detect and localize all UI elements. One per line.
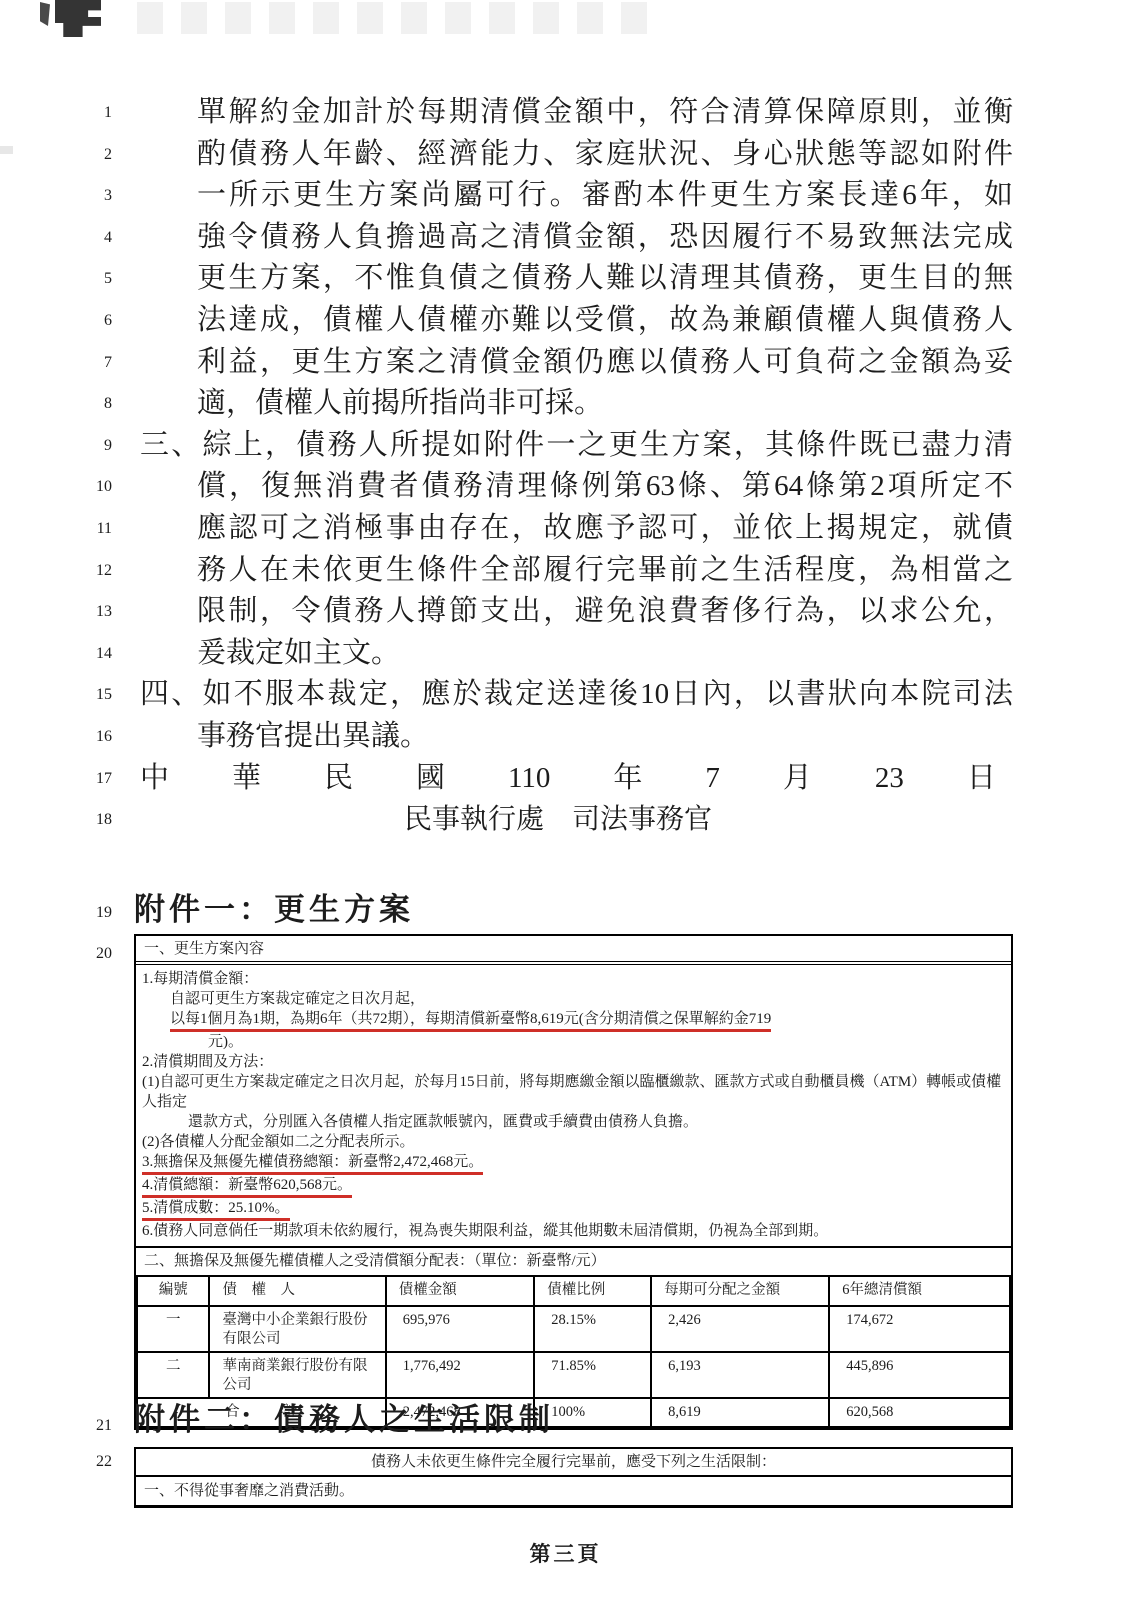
body-line-text: 爰裁定如主文。 [197,633,1131,675]
ruling-body: 1單解約金加計於每期清償金額中，符合清算保障原則，並衡 2酌債務人年齡、經濟能力… [0,92,1131,841]
attachment1-heading: 附件一：更生方案 [134,892,414,928]
plan-section2-title: 二、無擔保及無優先權債權人之受清償額分配表：（單位：新臺幣/元） [136,1246,1011,1273]
date-token-month: 7 [705,758,720,800]
line-number: 4 [78,217,112,259]
body-line: 13限制，令債務人撙節支出，避免浪費奢侈行為，以求公允， [0,591,1131,633]
col-header-creditor: 債 權 人 [209,1276,385,1306]
body-line: 6法達成，債權人債權亦難以受償，故為兼顧債權人與債務人 [0,300,1131,342]
line-number: 7 [78,342,112,384]
rehabilitation-plan-box: 一、更生方案內容 1.每期清償金額： 自認可更生方案裁定確定之日次月起，以每1個… [134,934,1013,1430]
table-header-row: 編號 債 權 人 債權金額 債權比例 每期可分配之金額 6年總清償額 [137,1276,1010,1306]
body-line-text: 適，債權人前揭所指尚非可採。 [197,383,1131,425]
plan-item1-label: 1.每期清償金額： [142,969,1005,989]
plan-item5-underlined: 5.清償成數：25.10%。 [142,1200,290,1221]
body-line-text: 法達成，債權人債權亦難以受償，故為兼顧債權人與債務人 [197,300,1013,342]
plan-item2-sub1-line1: (1)自認可更生方案裁定確定之日次月起，於每月15日前，將每期應繳金額以臨櫃繳款… [142,1072,1005,1112]
body-line: 12務人在未依更生條件全部履行完畢前之生活程度，為相當之 [0,550,1131,592]
body-line: 2酌債務人年齡、經濟能力、家庭狀況、身心狀態等認如附件 [0,134,1131,176]
plan-item6: 6.債務人同意倘任一期款項未依約履行，視為喪失期限利益，縱其他期數未屆清償期，仍… [142,1221,1005,1241]
body-line-item-4: 15四、如不服本裁定，應於裁定送達後10日內，以書狀向本院司法 [0,674,1131,716]
date-token: 民 [324,758,353,800]
body-line-text: 三、綜上，債務人所提如附件一之更生方案，其條件既已盡力清 [140,425,1013,467]
line-number: 5 [78,258,112,300]
date-line: 17 中 華 民 國 110 年 7 月 23 日 [0,758,1131,800]
col-header-per-period: 每期可分配之金額 [651,1276,829,1306]
plan-item1-underlined: 以每1個月為1期，為期6年（共72期），每期清償新臺幣8,619元(含分期清償之… [170,1011,771,1032]
line-number: 20 [78,944,112,964]
cell-claim-ratio: 28.15% [534,1306,651,1352]
date-token: 華 [232,758,261,800]
body-line: 8適，債權人前揭所指尚非可採。 [0,383,1131,425]
body-line: 5更生方案，不惟負債之債務人難以清理其債務，更生目的無 [0,258,1131,300]
scan-artifact-faint-text-band [137,2,665,34]
body-line: 7利益，更生方案之清償金額仍應以債務人可負荷之金額為妥 [0,342,1131,384]
court-clerk-signature: 民事執行處 司法事務官 [404,799,1131,841]
col-header-6yr-total: 6年總清償額 [829,1276,1010,1306]
cell-6yr-total: 174,672 [829,1306,1010,1352]
living-restrictions-box: 債務人未依更生條件完全履行完畢前，應受下列之生活限制： 一、不得從事奢靡之消費活… [134,1447,1013,1508]
line-number: 10 [78,466,112,508]
plan-section1-content: 1.每期清償金額： 自認可更生方案裁定確定之日次月起，以每1個月為1期，為期6年… [136,965,1011,1246]
cell-claim-amount: 695,976 [386,1306,534,1352]
line-number: 12 [78,550,112,592]
plan-item2-sub2: (2)各債權人分配金額如二之分配表所示。 [142,1132,1005,1152]
plan-item1-line1: 自認可更生方案裁定確定之日次月起，以每1個月為1期，為期6年（共72期），每期清… [142,989,1005,1032]
line-number: 19 [78,903,112,923]
cell-creditor: 華南商業銀行股份有限公司 [209,1352,385,1398]
date-token-day: 23 [875,758,904,800]
roc-date: 中 華 民 國 110 年 7 月 23 日 [140,758,996,800]
body-line-text: 利益，更生方案之清償金額仍應以債務人可負荷之金額為妥 [197,342,1013,384]
body-line-text: 四、如不服本裁定，應於裁定送達後10日內，以書狀向本院司法 [140,674,1013,716]
line-number: 22 [78,1452,112,1472]
cell-id: 二 [137,1352,209,1398]
plan-item3: 3.無擔保及無優先權債務總額：新臺幣2,472,468元。 [142,1152,1005,1175]
body-line-text: 應認可之消極事由存在，故應予認可，並依上揭規定，就債 [197,508,1013,550]
date-token: 年 [613,758,642,800]
col-header-claim-amount: 債權金額 [386,1276,534,1306]
line-number: 11 [78,508,112,550]
plan-item4: 4.清償總額：新臺幣620,568元。 [142,1175,1005,1198]
line-number: 6 [78,300,112,342]
cell-per-period: 6,193 [651,1352,829,1398]
body-line-item-3: 9三、綜上，債務人所提如附件一之更生方案，其條件既已盡力清 [0,425,1131,467]
cell-id: 一 [137,1306,209,1352]
body-line: 10償，復無消費者債務清理條例第63條、第64條第2項所定不 [0,466,1131,508]
body-line-text: 單解約金加計於每期清償金額中，符合清算保障原則，並衡 [197,92,1013,134]
total-per-period: 8,619 [651,1398,829,1427]
body-line-text: 償，復無消費者債務清理條例第63條、第64條第2項所定不 [197,466,1013,508]
date-token: 日 [967,758,996,800]
scan-artifact-dark-fragment-small [40,2,50,26]
body-line-text: 強令債務人負擔過高之清償金額，恐因履行不易致無法完成 [197,217,1013,259]
body-line-text: 酌債務人年齡、經濟能力、家庭狀況、身心狀態等認如附件 [197,134,1013,176]
cell-6yr-total: 445,896 [829,1352,1010,1398]
cell-per-period: 2,426 [651,1306,829,1352]
body-line-text: 限制，令債務人撙節支出，避免浪費奢侈行為，以求公允， [197,591,1013,633]
body-line-text: 一所示更生方案尚屬可行。審酌本件更生方案長達6年，如 [197,175,1013,217]
body-line-text: 務人在未依更生條件全部履行完畢前之生活程度，為相當之 [197,550,1013,592]
scan-artifact-dark-fragment [55,0,101,37]
body-line: 16事務官提出異議。 [0,716,1131,758]
cell-claim-amount: 1,776,492 [386,1352,534,1398]
col-header-id: 編號 [137,1276,209,1306]
court-ruling-page: 1單解約金加計於每期清償金額中，符合清算保障原則，並衡 2酌債務人年齡、經濟能力… [0,0,1131,1600]
plan-item4-underlined: 4.清償總額：新臺幣620,568元。 [142,1177,352,1198]
line-number: 14 [78,633,112,675]
table-row: 二 華南商業銀行股份有限公司 1,776,492 71.85% 6,193 44… [137,1352,1010,1398]
line-number: 2 [78,134,112,176]
attachment2-heading: 附件二：債務人之生活限制 [134,1402,554,1438]
line-number: 9 [78,425,112,467]
body-line: 3一所示更生方案尚屬可行。審酌本件更生方案長達6年，如 [0,175,1131,217]
line-number: 15 [78,674,112,716]
line-number: 8 [78,383,112,425]
date-token-year: 110 [508,758,550,800]
date-token: 中 [140,758,169,800]
body-line: 4強令債務人負擔過高之清償金額，恐因履行不易致無法完成 [0,217,1131,259]
line-number: 13 [78,591,112,633]
restriction-item-1: 一、不得從事奢靡之消費活動。 [136,1477,1011,1505]
cell-creditor: 臺灣中小企業銀行股份有限公司 [209,1306,385,1352]
signature-line: 18 民事執行處 司法事務官 [0,799,1131,841]
total-6yr: 620,568 [829,1398,1010,1427]
date-token: 國 [416,758,445,800]
plan-item2-label: 2.清償期間及方法： [142,1052,1005,1072]
body-line-text: 事務官提出異議。 [197,716,1131,758]
body-line: 14爰裁定如主文。 [0,633,1131,675]
restrictions-header: 債務人未依更生條件完全履行完畢前，應受下列之生活限制： [136,1449,1011,1477]
body-line-text: 更生方案，不惟負債之債務人難以清理其債務，更生目的無 [197,258,1013,300]
page-number-footer: 第三頁 [0,1538,1131,1568]
plan-item5: 5.清償成數：25.10%。 [142,1198,1005,1221]
line-number: 1 [78,92,112,134]
line-number: 18 [78,799,112,841]
plan-item3-underlined: 3.無擔保及無優先權債務總額：新臺幣2,472,468元。 [142,1154,483,1175]
line-number: 3 [78,175,112,217]
plan-item2-sub1-line2: 還款方式，分別匯入各債權人指定匯款帳號內，匯費或手續費由債務人負擔。 [142,1112,1005,1132]
body-line: 11應認可之消極事由存在，故應予認可，並依上揭規定，就債 [0,508,1131,550]
plan-item1-tail: 元)。 [142,1032,1005,1052]
col-header-claim-ratio: 債權比例 [534,1276,651,1306]
plan-section1-title: 一、更生方案內容 [136,936,1011,965]
line-number: 16 [78,716,112,758]
plan-item1-prefix: 自認可更生方案裁定確定之日次月起， [170,991,425,1007]
body-line: 1單解約金加計於每期清償金額中，符合清算保障原則，並衡 [0,92,1131,134]
line-number: 17 [78,758,112,800]
table-row: 一 臺灣中小企業銀行股份有限公司 695,976 28.15% 2,426 17… [137,1306,1010,1352]
line-number: 21 [78,1416,112,1436]
date-token: 月 [783,758,812,800]
cell-claim-ratio: 71.85% [534,1352,651,1398]
